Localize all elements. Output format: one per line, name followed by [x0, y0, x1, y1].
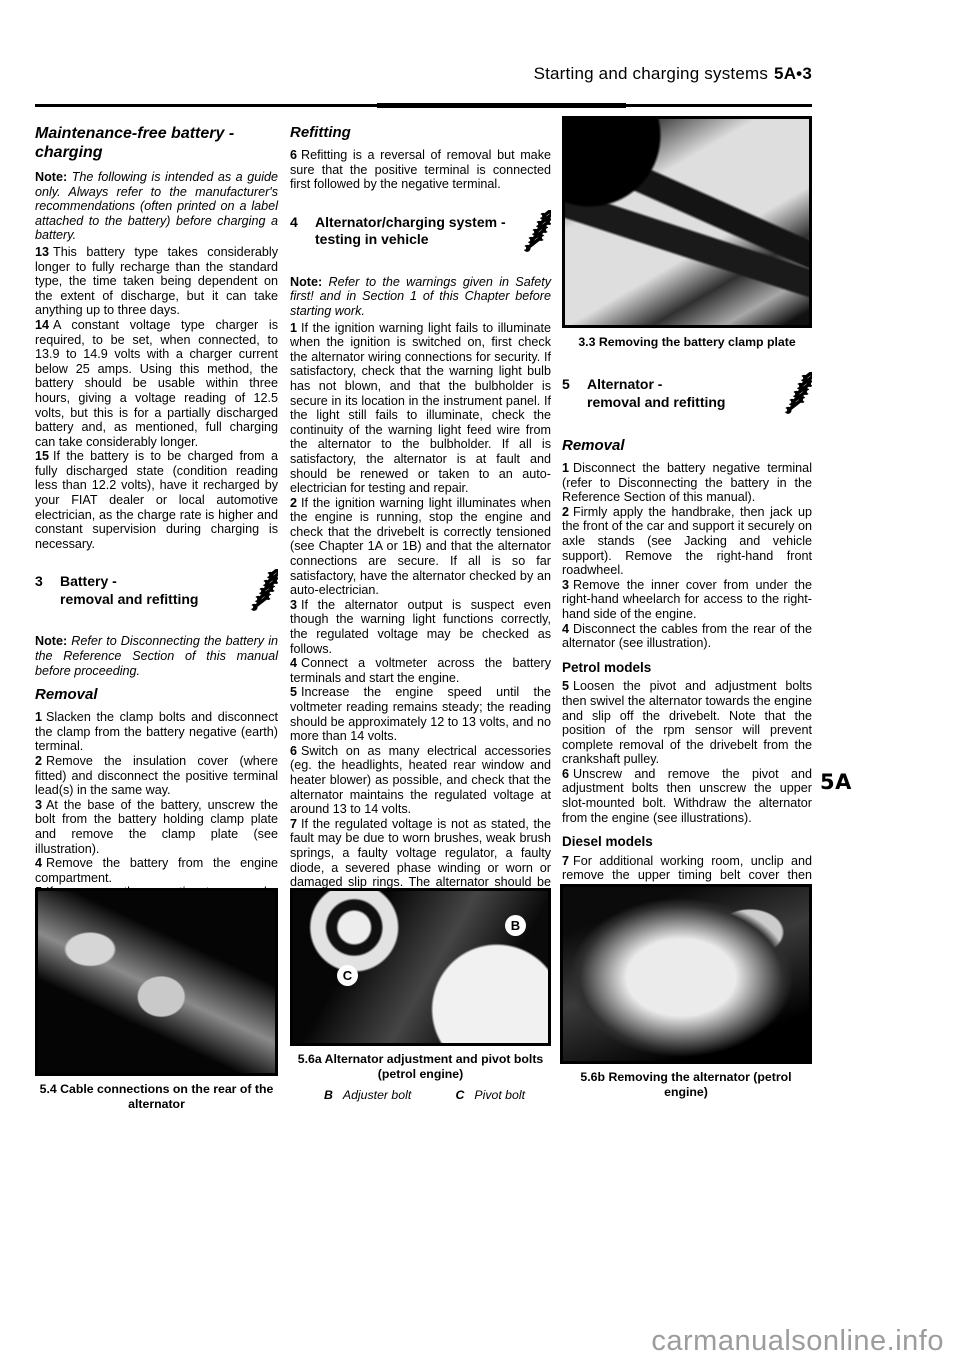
column-right: 3.3 Removing the battery clamp plate 5 A… [562, 116, 812, 912]
photo-cable-connections [35, 888, 278, 1076]
column-middle: Refitting 6Refitting is a reversal of re… [290, 124, 551, 919]
header-rule [35, 104, 812, 107]
section-heading-4: 4 Alternator/charging system -testing in… [290, 214, 551, 257]
topic-heading: Maintenance-free battery - charging [35, 124, 278, 162]
step-paragraph: 5Loosen the pivot and adjustment bolts t… [562, 679, 812, 767]
legend-item: CPivot bolt [456, 1088, 525, 1102]
note-label: Note: [35, 170, 67, 184]
watermark-text: carmanualsonline.info [651, 1325, 944, 1358]
step-paragraph: 6Unscrew and remove the pivot and adjust… [562, 767, 812, 825]
page-header: Starting and charging systems5A•3 [534, 64, 812, 84]
figure-5-4: 5.4 Cable connections on the rear of the… [35, 888, 278, 1112]
petrol-models-heading: Petrol models [562, 661, 812, 676]
photo-battery-clamp-plate [562, 116, 812, 328]
paragraph-14: 14A constant voltage type charger is req… [35, 318, 278, 449]
photo-caption-3-3: 3.3 Removing the battery clamp plate [562, 335, 812, 350]
step-paragraph: 1Slacken the clamp bolts and disconnect … [35, 710, 278, 754]
callout-badge-c: C [337, 965, 358, 986]
note-label: Note: [35, 634, 67, 648]
section-heading-3: 3 Battery -removal and refitting [35, 573, 278, 616]
difficulty-spanner-icon [519, 210, 551, 257]
legend-item: BAdjuster bolt [324, 1088, 411, 1102]
difficulty-spanner-icon [246, 569, 278, 616]
section-number: 4 [290, 214, 306, 232]
note-text: Note: Refer to the warnings given in Saf… [290, 275, 551, 319]
page-title: Starting and charging systems [534, 64, 768, 83]
photo-caption-5-4: 5.4 Cable connections on the rear of the… [35, 1082, 278, 1112]
paragraph-13: 13This battery type takes considerably l… [35, 245, 278, 318]
diesel-models-heading: Diesel models [562, 835, 812, 850]
step-paragraph: 1Disconnect the battery negative termina… [562, 461, 812, 505]
note-label: Note: [290, 275, 322, 289]
callout-badge-b: B [505, 915, 526, 936]
section-title: Alternator/charging system -testing in v… [315, 214, 510, 249]
difficulty-spanner-icon [780, 372, 812, 419]
photo-alternator-bolts: B C [290, 888, 551, 1046]
photo-caption-5-6a: 5.6a Alternator adjustment and pivot bol… [290, 1052, 551, 1082]
step-paragraph: 2Firmly apply the handbrake, then jack u… [562, 505, 812, 578]
chapter-tab: 5A [820, 770, 852, 794]
step-paragraph: 4Remove the battery from the engine comp… [35, 856, 278, 885]
photo-removing-alternator [560, 884, 812, 1064]
step-paragraph: 2Remove the insulation cover (where fitt… [35, 754, 278, 798]
removal-heading: Removal [35, 686, 278, 704]
paragraph-15: 15If the battery is to be charged from a… [35, 449, 278, 551]
figure-legend: BAdjuster bolt CPivot bolt [290, 1082, 551, 1102]
step-paragraph: 6Switch on as many electrical accessorie… [290, 744, 551, 817]
step-paragraph: 2If the ignition warning light illuminat… [290, 496, 551, 598]
photo-caption-5-6b: 5.6b Removing the alternator (petrol eng… [560, 1070, 812, 1100]
refitting-heading: Refitting [290, 124, 551, 142]
step-paragraph: 3At the base of the battery, unscrew the… [35, 798, 278, 856]
paragraph-6: 6Refitting is a reversal of removal but … [290, 148, 551, 192]
note-text: Note: The following is intended as a gui… [35, 170, 278, 243]
column-left: Maintenance-free battery - charging Note… [35, 124, 278, 944]
removal-heading: Removal [562, 437, 812, 455]
step-paragraph: 5Increase the engine speed until the vol… [290, 685, 551, 743]
section-number: 5 [562, 376, 578, 394]
section-title: Battery -removal and refitting [60, 573, 237, 608]
section-title: Alternator -removal and refitting [587, 376, 771, 411]
step-paragraph: 4Disconnect the cables from the rear of … [562, 622, 812, 651]
step-paragraph: 3Remove the inner cover from under the r… [562, 578, 812, 622]
figure-5-6b: 5.6b Removing the alternator (petrol eng… [560, 884, 812, 1100]
step-paragraph: 4Connect a voltmeter across the battery … [290, 656, 551, 685]
manual-page: Starting and charging systems5A•3 Mainte… [0, 0, 960, 1362]
page-number: 5A•3 [774, 64, 812, 83]
section-number: 3 [35, 573, 51, 591]
note-text: Note: Refer to Disconnecting the battery… [35, 634, 278, 678]
figure-5-6a: B C 5.6a Alternator adjustment and pivot… [290, 888, 551, 1102]
step-paragraph: 1If the ignition warning light fails to … [290, 321, 551, 496]
section-heading-5: 5 Alternator -removal and refitting [562, 376, 812, 419]
step-paragraph: 3If the alternator output is suspect eve… [290, 598, 551, 656]
